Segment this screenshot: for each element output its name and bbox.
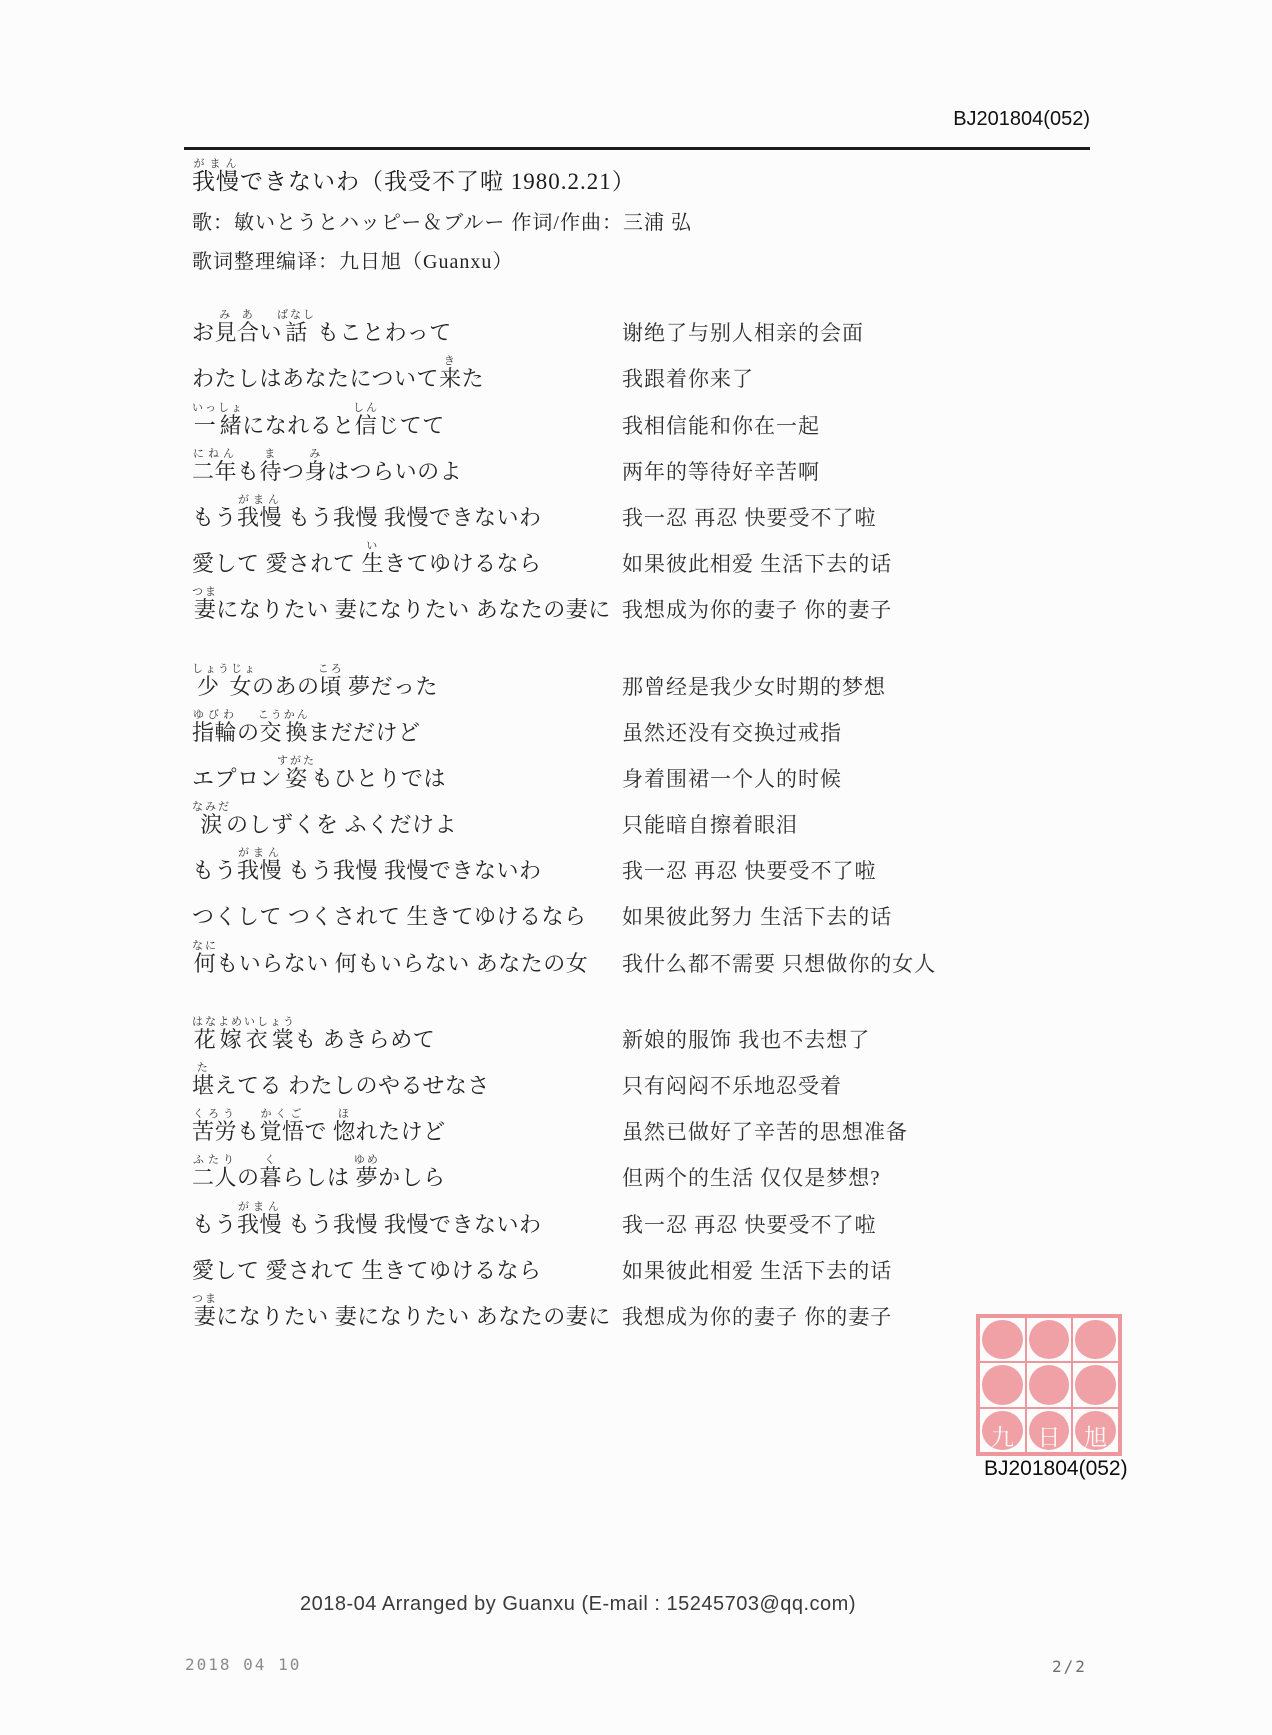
lyric-japanese: もう我慢がまん もう我慢 我慢できないわ (192, 494, 542, 532)
lyric-row: 妻つまになりたい 妻になりたい あなたの妻に我想成为你的妻子 你的妻子 (192, 583, 1132, 629)
lyric-row: もう我慢がまん もう我慢 我慢できないわ我一忍 再忍 快要受不了啦 (192, 844, 1132, 890)
lyric-row: エプロン姿すがたもひとりでは身着围裙一个人的时候 (192, 752, 1132, 798)
verse: 花嫁衣裳はなよめいしょうも あきらめて新娘的服饰 我也不去想了堪たえてる わたし… (192, 1013, 1132, 1336)
lyric-chinese-translation: 我一忍 再忍 快要受不了啦 (622, 508, 877, 529)
song-title: 我慢がまんできないわ（我受不了啦 1980.2.21） (192, 158, 692, 196)
lyric-row: 堪たえてる わたしのやるせなさ只有闷闷不乐地忍受着 (192, 1059, 1132, 1105)
lyric-row: 二年にねんも待まつ身みはつらいのよ两年的等待好辛苦啊 (192, 445, 1132, 491)
stamp-char: 九 (991, 1419, 1014, 1452)
lyric-chinese-translation: 只能暗自擦着眼泪 (622, 815, 798, 836)
lyric-row: わたしはあなたについて来きた我跟着你来了 (192, 352, 1132, 398)
lyric-row: 指輪ゆびわの交換こうかんまだだけど虽然还没有交换过戒指 (192, 706, 1132, 752)
lyric-japanese: もう我慢がまん もう我慢 我慢できないわ (192, 847, 542, 885)
lyric-japanese: お見合みあい話ばなし もことわって (192, 309, 452, 347)
lyric-japanese: 少女しょうじょのあの頃ころ 夢だった (192, 663, 438, 701)
lyric-row: 何なにもいらない 何もいらない あなたの女我什么都不需要 只想做你的女人 (192, 936, 1132, 982)
lyric-japanese: 苦労くろうも覚悟かくごで 惚ほれたけど (192, 1108, 446, 1146)
lyric-row: 少女しょうじょのあの頃ころ 夢だった那曾经是我少女时期的梦想 (192, 659, 1132, 705)
stamp-dot (1026, 1362, 1073, 1407)
lyric-japanese: 妻つまになりたい 妻になりたい あなたの妻に (192, 1293, 611, 1331)
lyric-chinese-translation: 新娘的服饰 我也不去想了 (622, 1030, 870, 1051)
header-code: BJ201804(052) (953, 108, 1090, 131)
lyric-chinese-translation: 如果彼此相爱 生活下去的话 (622, 1261, 892, 1282)
credit-translator: 歌词整理编译：九日旭（Guanxu） (192, 245, 692, 274)
lyric-japanese: 二人ふたりの暮くらしは 夢ゆめかしら (192, 1154, 446, 1192)
lyric-chinese-translation: 我想成为你的妻子 你的妻子 (622, 1307, 892, 1328)
stamp-dot: 旭 (1072, 1408, 1119, 1453)
footer-date: 2018 04 10 (185, 1655, 301, 1674)
footer-arranged-note: 2018-04 Arranged by Guanxu (E-mail : 152… (0, 1593, 1156, 1616)
lyric-japanese: 二年にねんも待まつ身みはつらいのよ (192, 448, 462, 486)
lyric-row: もう我慢がまん もう我慢 我慢できないわ我一忍 再忍 快要受不了啦 (192, 1197, 1132, 1243)
scanned-lyrics-page: BJ201804(052) 我慢がまんできないわ（我受不了啦 1980.2.21… (0, 0, 1272, 1735)
lyric-japanese: 愛して 愛されて 生いきてゆけるなら (192, 540, 542, 578)
lyric-chinese-translation: 我什么都不需要 只想做你的女人 (622, 954, 936, 975)
stamp-char: 日 (1037, 1419, 1060, 1452)
stamp-code: BJ201804(052) (984, 1457, 1128, 1481)
title-block: 我慢がまんできないわ（我受不了啦 1980.2.21） 歌：敏いとうとハッピー＆… (192, 158, 692, 274)
lyric-japanese: つくして つくされて 生きてゆけるなら (192, 900, 587, 931)
lyric-chinese-translation: 身着围裙一个人的时候 (622, 769, 842, 790)
lyric-japanese: 涙なみだのしずくを ふくだけよ (192, 801, 457, 839)
lyric-chinese-translation: 我想成为你的妻子 你的妻子 (622, 600, 892, 621)
lyric-chinese-translation: 虽然还没有交换过戒指 (622, 723, 842, 744)
lyric-chinese-translation: 谢绝了与别人相亲的会面 (622, 323, 864, 344)
lyric-japanese: 愛して 愛されて 生きてゆけるなら (192, 1254, 542, 1285)
lyric-row: お見合みあい話ばなし もことわって谢绝了与别人相亲的会面 (192, 306, 1132, 352)
lyric-row: 花嫁衣裳はなよめいしょうも あきらめて新娘的服饰 我也不去想了 (192, 1013, 1132, 1059)
lyric-japanese: 妻つまになりたい 妻になりたい あなたの妻に (192, 586, 611, 624)
stamp-dot (979, 1362, 1026, 1407)
lyric-chinese-translation: 我一忍 再忍 快要受不了啦 (622, 1215, 877, 1236)
lyric-row: 妻つまになりたい 妻になりたい あなたの妻に我想成为你的妻子 你的妻子 (192, 1290, 1132, 1336)
lyric-row: つくして つくされて 生きてゆけるなら如果彼此努力 生活下去的话 (192, 890, 1132, 936)
lyric-japanese: わたしはあなたについて来きた (192, 355, 484, 393)
lyric-chinese-translation: 我跟着你来了 (622, 369, 754, 390)
header-rule (184, 147, 1090, 150)
lyric-chinese-translation: 那曾经是我少女时期的梦想 (622, 677, 886, 698)
lyric-chinese-translation: 虽然已做好了辛苦的思想准备 (622, 1122, 908, 1143)
lyric-japanese: 堪たえてる わたしのやるせなさ (192, 1062, 490, 1100)
lyric-row: 苦労くろうも覚悟かくごで 惚ほれたけど虽然已做好了辛苦的思想准备 (192, 1105, 1132, 1151)
lyric-chinese-translation: 如果彼此相爱 生活下去的话 (622, 554, 892, 575)
lyric-chinese-translation: 我一忍 再忍 快要受不了啦 (622, 861, 877, 882)
lyric-row: 愛して 愛されて 生いきてゆけるなら如果彼此相爱 生活下去的话 (192, 537, 1132, 583)
lyric-row: 愛して 愛されて 生きてゆけるなら如果彼此相爱 生活下去的话 (192, 1244, 1132, 1290)
verse: 少女しょうじょのあの頃ころ 夢だった那曾经是我少女时期的梦想指輪ゆびわの交換こう… (192, 659, 1132, 982)
stamp-dot: 日 (1026, 1408, 1073, 1453)
lyric-chinese-translation: 只有闷闷不乐地忍受着 (622, 1076, 842, 1097)
lyric-row: 一緒いっしょになれると信しんじてて我相信能和你在一起 (192, 398, 1132, 444)
lyric-chinese-translation: 两年的等待好辛苦啊 (622, 462, 820, 483)
lyric-chinese-translation: 如果彼此努力 生活下去的话 (622, 907, 892, 928)
lyric-japanese: 何なにもいらない 何もいらない あなたの女 (192, 940, 588, 978)
lyric-japanese: エプロン姿すがたもひとりでは (192, 755, 446, 793)
lyric-row: 二人ふたりの暮くらしは 夢ゆめかしら但两个的生活 仅仅是梦想? (192, 1151, 1132, 1197)
verse: お見合みあい話ばなし もことわって谢绝了与别人相亲的会面わたしはあなたについて来… (192, 306, 1132, 629)
lyric-row: もう我慢がまん もう我慢 我慢できないわ我一忍 再忍 快要受不了啦 (192, 491, 1132, 537)
lyric-japanese: 一緒いっしょになれると信しんじてて (192, 402, 445, 440)
stamp-dot (1072, 1362, 1119, 1407)
stamp-char: 旭 (1084, 1419, 1107, 1452)
lyric-japanese: もう我慢がまん もう我慢 我慢できないわ (192, 1201, 542, 1239)
lyric-japanese: 花嫁衣裳はなよめいしょうも あきらめて (192, 1016, 435, 1054)
lyric-japanese: 指輪ゆびわの交換こうかんまだだけど (192, 709, 421, 747)
lyric-chinese-translation: 但两个的生活 仅仅是梦想? (622, 1168, 881, 1189)
footer-page-number: 2/2 (1052, 1657, 1087, 1676)
credit-artist: 歌：敏いとうとハッピー＆ブルー 作词/作曲：三浦 弘 (192, 206, 692, 235)
lyric-chinese-translation: 我相信能和你在一起 (622, 416, 820, 437)
stamp-dot: 九 (979, 1408, 1026, 1453)
lyric-row: 涙なみだのしずくを ふくだけよ只能暗自擦着眼泪 (192, 798, 1132, 844)
lyrics-verses: お見合みあい話ばなし もことわって谢绝了与别人相亲的会面わたしはあなたについて来… (192, 306, 1132, 1366)
